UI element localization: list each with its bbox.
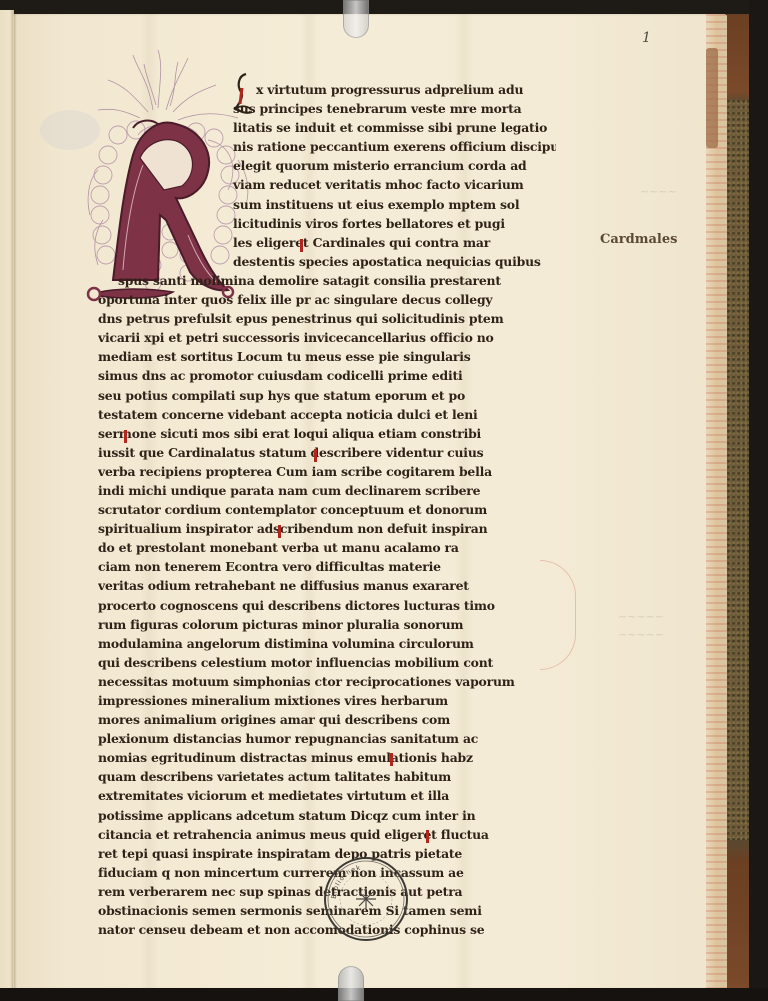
text-line: necessitas motuum simphonias ctor recipr… bbox=[98, 672, 556, 691]
text-line: destentis species apostatica nequicias q… bbox=[98, 252, 556, 271]
text-line: dns petrus prefulsit epus penestrinus qu… bbox=[98, 309, 556, 328]
text-line: scrutator cordium contemplator conceptuu… bbox=[98, 500, 556, 519]
manuscript-scan: 1 ~~~~ ~~~~~ ~~~~~ bbox=[0, 0, 768, 1001]
text-line: veritas odium retrahebant ne diffusius m… bbox=[98, 576, 556, 595]
text-line: impressiones mineralium mixtiones vires … bbox=[98, 691, 556, 710]
text-line: verba recipiens propterea Cum iam scribe… bbox=[98, 462, 556, 481]
scan-right-border bbox=[749, 0, 768, 1001]
rubric-mark bbox=[314, 449, 317, 462]
text-line: simus dns ac promotor cuiusdam codicelli… bbox=[98, 366, 556, 385]
text-line: oportuna inter quos felix ille pr ac sin… bbox=[98, 290, 556, 309]
text-line: do et prestolant monebant verba ut manu … bbox=[98, 538, 556, 557]
text-line: rum figuras colorum picturas minor plura… bbox=[98, 615, 556, 634]
text-line: plexionum distancias humor repugnancias … bbox=[98, 729, 556, 748]
text-line: seu potius compilati sup hys que statum … bbox=[98, 386, 556, 405]
gutter-shadow bbox=[14, 14, 17, 989]
text-line: quam describens varietates actum talitat… bbox=[98, 767, 556, 786]
folio-number: 1 bbox=[642, 30, 651, 46]
rubric-mark bbox=[390, 753, 393, 766]
manuscript-text-block: x virtutum progressurus adprelium adu su… bbox=[98, 80, 556, 939]
text-line: nomias egritudinum distractas minus emul… bbox=[98, 748, 556, 767]
text-line: iussit que Cardinalatus statum describer… bbox=[98, 443, 556, 462]
text-line: spus santi molimina demolire satagit con… bbox=[98, 271, 556, 290]
text-line: modulamina angelorum distimina volumina … bbox=[98, 634, 556, 653]
rubric-mark bbox=[124, 430, 127, 443]
text-line: ciam non tenerem Econtra vero difficulta… bbox=[98, 557, 556, 576]
text-line: potissime applicans adcetum statum Dicqz… bbox=[98, 806, 556, 825]
text-line: indi michi undique parata nam cum declin… bbox=[98, 481, 556, 500]
stamp-text: Bibliothek bbox=[330, 863, 362, 899]
text-line: vicarii xpi et petri successoris invicec… bbox=[98, 328, 556, 347]
text-line: sus principes tenebrarum veste mre morta bbox=[98, 99, 556, 118]
show-through-text: ~~~~ bbox=[640, 185, 677, 198]
text-line: citancia et retrahencia animus meus quid… bbox=[98, 825, 556, 844]
text-line: procerto cognoscens qui describens dicto… bbox=[98, 596, 556, 615]
text-line: qui describens celestium motor influenci… bbox=[98, 653, 556, 672]
page-clamp-icon bbox=[338, 966, 364, 1001]
show-through-text: ~~~~~ bbox=[618, 628, 664, 641]
page-clamp-icon bbox=[343, 0, 369, 38]
text-line: sermone sicuti mos sibi erat loqui aliqu… bbox=[98, 424, 556, 443]
fore-edge-stain bbox=[706, 48, 718, 148]
text-line: testatem concerne videbant accepta notic… bbox=[98, 405, 556, 424]
fore-edge bbox=[706, 14, 728, 989]
text-line: viam reducet veritatis mhoc facto vicari… bbox=[98, 175, 556, 194]
text-line: licitudinis viros fortes bellatores et p… bbox=[98, 214, 556, 233]
show-through-text: ~~~~~ bbox=[618, 610, 664, 623]
binding-marbling bbox=[727, 100, 749, 840]
text-line: x virtutum progressurus adprelium adu bbox=[98, 80, 556, 99]
text-line: spiritualium inspirator adscribendum non… bbox=[98, 519, 556, 538]
text-line: mediam est sortitus Locum tu meus esse p… bbox=[98, 347, 556, 366]
svg-text:Bibliothek: Bibliothek bbox=[330, 863, 362, 899]
rubric-mark bbox=[300, 239, 303, 252]
text-line: les eligeret Cardinales qui contra mar bbox=[98, 233, 556, 252]
text-line: sum instituens ut eius exemplo mptem sol bbox=[98, 195, 556, 214]
rubric-mark bbox=[426, 830, 429, 843]
text-line: litatis se induit et commisse sibi prune… bbox=[98, 118, 556, 137]
scan-bottom-border bbox=[0, 988, 768, 1001]
marginal-note: Cardmales bbox=[600, 232, 677, 247]
rubric-mark bbox=[278, 525, 281, 538]
text-line: mores animalium origines amar qui descri… bbox=[98, 710, 556, 729]
text-line: nis ratione peccantium exerens officium … bbox=[98, 137, 556, 156]
text-line: elegit quorum misterio errancium corda a… bbox=[98, 156, 556, 175]
text-line: extremitates viciorum et medietates virt… bbox=[98, 786, 556, 805]
library-stamp: Bibliothek bbox=[322, 855, 410, 943]
stamp-seal-icon: Bibliothek bbox=[322, 855, 410, 943]
